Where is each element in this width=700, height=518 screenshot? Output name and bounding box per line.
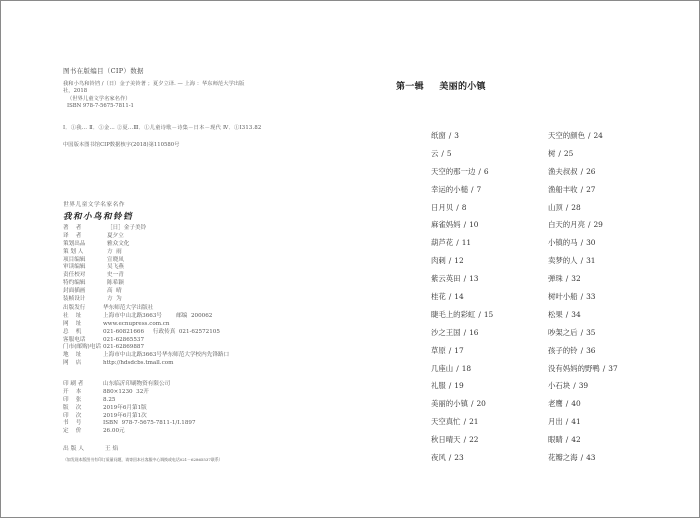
toc-separator: / (588, 220, 591, 229)
toc-entry-page: 36 (586, 346, 595, 355)
printing-row-label: 定 价 (63, 428, 103, 436)
toc-entry: 睫毛上的彩虹/15 (431, 306, 493, 324)
toc-separator: / (449, 453, 452, 462)
toc-entry-title: 紫云英田 (431, 274, 461, 283)
credit-row-label: 译 者 (63, 233, 107, 241)
toc-entry-page: 26 (586, 167, 595, 176)
toc-entry-title: 弹珠 (548, 274, 563, 283)
toc-entry-page: 20 (476, 399, 485, 408)
toc-entry: 草原/17 (431, 342, 493, 360)
cip-line: ISBN 978-7-5675-7811-1 (63, 103, 303, 110)
toc-separator: / (581, 292, 584, 301)
toc-entry: 小石块/39 (548, 377, 618, 395)
toc-entry-title: 几座山 (431, 364, 453, 373)
cip-record-number: 中国版本图书馆CIP数据核字(2018)第110580号 (63, 140, 179, 148)
toc-entry: 卖梦的人/31 (548, 252, 618, 270)
printing-row-label: 印 张 (63, 397, 103, 405)
chapter-number: 第一辑 (396, 82, 424, 92)
toc-entry-page: 12 (454, 256, 463, 265)
publication-row: 总 机021-60821666 行政传真 021-62572105 (63, 329, 229, 337)
credit-row: 策 划 人方 雨 (63, 249, 146, 257)
credit-row-label: 装帧设计 (63, 296, 107, 304)
toc-entry-page: 18 (462, 364, 471, 373)
credit-row-value: 夏夕立 (107, 233, 124, 241)
toc-separator: / (566, 435, 569, 444)
toc-entry: 渔夫叔叔/26 (548, 163, 618, 181)
toc-entry-title: 桂花 (431, 292, 446, 301)
toc-entry-page: 30 (586, 238, 595, 247)
toc-entry-title: 吵架之后 (548, 328, 578, 337)
publication-row: 地 址上海市中山北路3663号华东师范大学校内先锋路口 (63, 352, 229, 360)
toc-entry-title: 树叶小船 (548, 292, 578, 301)
toc-entry-title: 眼睛 (548, 435, 563, 444)
book-title: 我和小鸟和铃铛 (63, 210, 133, 222)
toc-entry-page: 14 (454, 292, 463, 301)
toc-entry: 小镇的马/30 (548, 234, 618, 252)
toc-entry-title: 葫芦花 (431, 238, 453, 247)
toc-separator: / (449, 256, 452, 265)
toc-entry-title: 月出 (548, 417, 563, 426)
toc-entry-page: 40 (571, 399, 580, 408)
toc-entry-title: 树 (548, 149, 555, 158)
toc-entry: 树叶小船/33 (548, 288, 618, 306)
toc-entry-page: 7 (476, 185, 481, 194)
toc-separator: / (471, 185, 474, 194)
toc-entry: 树/25 (548, 145, 618, 163)
toc-separator: / (464, 417, 467, 426)
toc-entry: 老鹰/40 (548, 395, 618, 413)
toc-entry-title: 花瓣之海 (548, 453, 578, 462)
credit-row: 特约编辑陈希颖 (63, 280, 146, 288)
toc-entry: 天空的那一边/6 (431, 163, 493, 181)
book-spread: 图书在版编目（CIP）数据 我和小鸟和铃铛 /（日）金子美铃著 ；夏夕立译. —… (0, 0, 700, 518)
toc-entry-page: 25 (564, 149, 573, 158)
printing-row: 定 价26.00元 (63, 428, 196, 436)
credit-row: 策划出品雅众文化 (63, 241, 146, 249)
toc-entry-title: 幸运的小槌 (431, 185, 468, 194)
toc-entry: 几座山/18 (431, 360, 493, 378)
toc-separator: / (566, 399, 569, 408)
publication-row-value: http://hdsdcbs.tmall.com (103, 360, 173, 368)
printing-row-label: 版 次 (63, 405, 103, 413)
toc-entry-title: 渔船丰收 (548, 185, 578, 194)
toc-entry-page: 31 (586, 256, 595, 265)
printing-row: 印 刷 者山东临沂印刷物资有限公司 (63, 381, 196, 389)
toc-separator: / (566, 274, 569, 283)
toc-entry-page: 8 (462, 203, 467, 212)
publication-row-label: 社 址 (63, 313, 103, 321)
toc-entry: 白天的月亮/29 (548, 216, 618, 234)
toc-entry: 肉刺/12 (431, 252, 493, 270)
toc-entry-page: 29 (593, 220, 602, 229)
toc-entry-page: 3 (454, 131, 459, 140)
publication-row-label: 网 址 (63, 321, 103, 329)
toc-entry: 日月贝/8 (431, 199, 493, 217)
toc-separator: / (566, 203, 569, 212)
toc-entry: 松果/34 (548, 306, 618, 324)
contents-page: 第一辑 美丽的小镇 纸窗/3云/5天空的那一边/6幸运的小槌/7日月贝/8麻雀妈… (351, 1, 699, 517)
toc-entry-page: 28 (571, 203, 580, 212)
toc-column-right: 天空的颜色/24树/25渔夫叔叔/26渔船丰收/27山顶/28白天的月亮/29小… (548, 127, 618, 467)
toc-entry-title: 云 (431, 149, 438, 158)
toc-entry: 天空的颜色/24 (548, 127, 618, 145)
toc-entry: 紫云英田/13 (431, 270, 493, 288)
toc-separator: / (588, 131, 591, 140)
toc-separator: / (478, 167, 481, 176)
toc-entry: 夜风/23 (431, 449, 493, 467)
printing-row: 印 张8.25 (63, 397, 196, 405)
quality-notice: （如发现本版图书有印订质量问题，请寄回本社客服中心调换或电话021－628655… (63, 457, 223, 463)
toc-separator: / (581, 346, 584, 355)
printing-info: 印 刷 者山东临沂印刷物资有限公司开 本880×1230 32开印 张8.25版… (63, 381, 196, 436)
publication-row: 社 址上海市中山北路3663号 邮编 200062 (63, 313, 229, 321)
printing-row-value: 山东临沂印刷物资有限公司 (103, 381, 170, 389)
cip-title: 图书在版编目（CIP）数据 (63, 66, 144, 75)
credit-row: 译 者夏夕立 (63, 233, 146, 241)
toc-entry-title: 沙之王国 (431, 328, 461, 337)
toc-entry-page: 39 (579, 381, 588, 390)
toc-entry-page: 23 (454, 453, 463, 462)
copyright-page: 图书在版编目（CIP）数据 我和小鸟和铃铛 /（日）金子美铃著 ；夏夕立译. —… (1, 1, 351, 517)
toc-entry-page: 19 (454, 381, 463, 390)
cip-body: 我和小鸟和铃铛 /（日）金子美铃著 ；夏夕立译. — 上海 ：华东师范大学出版 … (63, 81, 303, 111)
toc-entry-title: 草原 (431, 346, 446, 355)
toc-entry-page: 43 (586, 453, 595, 462)
toc-entry-page: 10 (469, 220, 478, 229)
toc-entry-title: 山顶 (548, 203, 563, 212)
toc-entry-page: 33 (586, 292, 595, 301)
toc-entry: 天空真忙/21 (431, 413, 493, 431)
publication-row-value: 021-62865537 (103, 337, 144, 345)
toc-entry-page: 42 (571, 435, 580, 444)
toc-entry-title: 天空的那一边 (431, 167, 475, 176)
credit-row-value: 方 雨 (107, 249, 122, 257)
toc-entry-title: 夜风 (431, 453, 446, 462)
credit-row-label: 特约编辑 (63, 280, 107, 288)
toc-entry: 没有妈妈的野鸭/37 (548, 360, 618, 378)
toc-entry: 云/5 (431, 145, 493, 163)
toc-separator: / (464, 328, 467, 337)
publication-row-value: 021-60821666 行政传真 021-62572105 (103, 329, 220, 337)
publisher-value: 王 焰 (105, 446, 118, 452)
toc-entry: 礼服/19 (431, 377, 493, 395)
toc-separator: / (581, 256, 584, 265)
credit-row-label: 封面插画 (63, 288, 107, 296)
publication-info: 出版发行华东师范大学出版社社 址上海市中山北路3663号 邮编 200062网 … (63, 305, 229, 368)
toc-separator: / (441, 149, 444, 158)
toc-entry-title: 纸窗 (431, 131, 446, 140)
toc-entry-title: 秋日晴天 (431, 435, 461, 444)
toc-entry: 月出/41 (548, 413, 618, 431)
toc-separator: / (573, 381, 576, 390)
publication-row-label: 网 店 (63, 360, 103, 368)
toc-entry-page: 11 (462, 238, 471, 247)
credit-row-label: 著 者 (63, 225, 107, 233)
toc-separator: / (449, 292, 452, 301)
toc-entry: 幸运的小槌/7 (431, 181, 493, 199)
toc-entry: 山顶/28 (548, 199, 618, 217)
toc-entry-page: 35 (586, 328, 595, 337)
printing-row: 书 号ISBN 978-7-5675-7811-1/I.1897 (63, 420, 196, 428)
toc-entry-title: 小镇的马 (548, 238, 578, 247)
toc-separator: / (464, 220, 467, 229)
toc-entry: 美丽的小镇/20 (431, 395, 493, 413)
toc-entry-title: 松果 (548, 310, 563, 319)
printing-row: 印 次2019年6月第1次 (63, 413, 196, 421)
toc-entry: 纸窗/3 (431, 127, 493, 145)
toc-entry-page: 34 (571, 310, 580, 319)
chapter-title: 美丽的小镇 (439, 82, 486, 92)
publication-row-value: 华东师范大学出版社 (103, 305, 153, 313)
toc-entry-title: 天空的颜色 (548, 131, 585, 140)
printing-row-value: 2019年6月第1版 (103, 405, 147, 413)
toc-entry-title: 礼服 (431, 381, 446, 390)
toc-entry-title: 肉刺 (431, 256, 446, 265)
toc-entry-page: 41 (571, 417, 580, 426)
toc-entry: 花瓣之海/43 (548, 449, 618, 467)
printing-row-label: 印 刷 者 (63, 381, 103, 389)
toc-entry: 麻雀妈妈/10 (431, 216, 493, 234)
toc-separator: / (603, 364, 606, 373)
printing-row-value: 880×1230 32开 (103, 389, 149, 397)
credit-row-label: 策划出品 (63, 241, 107, 249)
toc-entry-title: 孩子的铃 (548, 346, 578, 355)
publication-row-label: 总 机 (63, 329, 103, 337)
credit-row-value: ［日］金子美铃 (107, 225, 146, 233)
printing-row-value: 2019年6月第1次 (103, 413, 147, 421)
toc-entry: 弹珠/32 (548, 270, 618, 288)
toc-entry-page: 5 (447, 149, 452, 158)
toc-entry-title: 睫毛上的彩虹 (431, 310, 475, 319)
credit-row-label: 策 划 人 (63, 249, 107, 257)
printing-row-value: 8.25 (103, 397, 115, 405)
toc-separator: / (449, 381, 452, 390)
toc-column-left: 纸窗/3云/5天空的那一边/6幸运的小槌/7日月贝/8麻雀妈妈/10葫芦花/11… (431, 127, 493, 467)
toc-separator: / (566, 310, 569, 319)
toc-entry-page: 37 (608, 364, 617, 373)
publisher-row: 出 版 人 王 焰 (63, 443, 118, 452)
toc-entry: 吵架之后/35 (548, 324, 618, 342)
cip-line: 社，2018 (63, 88, 303, 95)
publication-row: 网 址www.ecnupress.com.cn (63, 321, 229, 329)
toc-separator: / (478, 310, 481, 319)
toc-entry-title: 麻雀妈妈 (431, 220, 461, 229)
toc-entry-page: 16 (469, 328, 478, 337)
toc-entry: 眼睛/42 (548, 431, 618, 449)
toc-entry-title: 白天的月亮 (548, 220, 585, 229)
toc-separator: / (456, 238, 459, 247)
printing-row-value: 26.00元 (103, 428, 125, 436)
toc-entry-page: 22 (469, 435, 478, 444)
cip-classification: Ⅰ．①我… Ⅱ．①金… ②夏…Ⅲ．①儿童诗歌－诗集－日本－现代 Ⅳ．①I313.… (63, 123, 261, 131)
cip-line: 我和小鸟和铃铛 /（日）金子美铃著 ；夏夕立译. — 上海 ：华东师范大学出版 (63, 81, 303, 88)
credit-row-value: 高 晴 (107, 288, 122, 296)
credits-list: 著 者［日］金子美铃译 者夏夕立策划出品雅众文化策 划 人方 雨项目编辑宣晓凤审… (63, 225, 146, 304)
credit-row-value: 方 为 (107, 296, 122, 304)
toc-entry: 孩子的铃/36 (548, 342, 618, 360)
toc-separator: / (581, 453, 584, 462)
toc-entry-title: 日月贝 (431, 203, 453, 212)
toc-separator: / (581, 328, 584, 337)
toc-separator: / (558, 149, 561, 158)
publication-row: 出版发行华东师范大学出版社 (63, 305, 229, 313)
toc-separator: / (581, 185, 584, 194)
toc-entry-page: 21 (469, 417, 478, 426)
chapter-heading: 第一辑 美丽的小镇 (396, 79, 486, 92)
toc-separator: / (581, 238, 584, 247)
toc-separator: / (464, 435, 467, 444)
toc-entry: 渔船丰收/27 (548, 181, 618, 199)
toc-entry-page: 15 (484, 310, 493, 319)
toc-separator: / (449, 131, 452, 140)
toc-entry-title: 天空真忙 (431, 417, 461, 426)
toc-entry-page: 13 (469, 274, 478, 283)
publication-row-value: 上海市中山北路3663号 邮编 200062 (103, 313, 212, 321)
toc-separator: / (566, 417, 569, 426)
credit-row: 封面插画高 晴 (63, 288, 146, 296)
printing-row-label: 开 本 (63, 389, 103, 397)
series-name: 世界儿童文学名家名作 (63, 199, 125, 208)
toc-entry-title: 小石块 (548, 381, 570, 390)
toc-entry-title: 美丽的小镇 (431, 399, 468, 408)
toc-entry-page: 27 (586, 185, 595, 194)
cip-line: （世界儿童文学名家名作） (63, 96, 303, 103)
toc-entry-title: 渔夫叔叔 (548, 167, 578, 176)
credit-row-value: 雅众文化 (107, 241, 129, 249)
publication-row: 网 店http://hdsdcbs.tmall.com (63, 360, 229, 368)
publication-row-value: www.ecnupress.com.cn (103, 321, 170, 329)
toc-entry: 葫芦花/11 (431, 234, 493, 252)
credit-row-value: 陈希颖 (107, 280, 124, 288)
toc-entry-page: 6 (484, 167, 489, 176)
toc-entry: 秋日晴天/22 (431, 431, 493, 449)
printing-row: 开 本880×1230 32开 (63, 389, 196, 397)
toc-entry-page: 32 (571, 274, 580, 283)
toc-entry-title: 卖梦的人 (548, 256, 578, 265)
toc-entry-page: 24 (593, 131, 602, 140)
toc-entry: 沙之王国/16 (431, 324, 493, 342)
toc-entry-title: 老鹰 (548, 399, 563, 408)
toc-separator: / (581, 167, 584, 176)
credit-row: 装帧设计方 为 (63, 296, 146, 304)
credit-row: 著 者［日］金子美铃 (63, 225, 146, 233)
toc-entry-title: 没有妈妈的野鸭 (548, 364, 600, 373)
publication-row-value: 上海市中山北路3663号华东师范大学校内先锋路口 (103, 352, 229, 360)
publication-row-label: 出版发行 (63, 305, 103, 313)
toc-entry: 桂花/14 (431, 288, 493, 306)
printing-row: 版 次2019年6月第1版 (63, 405, 196, 413)
toc-separator: / (449, 346, 452, 355)
toc-entry-page: 17 (454, 346, 463, 355)
toc-separator: / (456, 364, 459, 373)
toc-separator: / (464, 274, 467, 283)
toc-separator: / (456, 203, 459, 212)
toc-separator: / (471, 399, 474, 408)
publisher-label: 出 版 人 (63, 443, 103, 452)
